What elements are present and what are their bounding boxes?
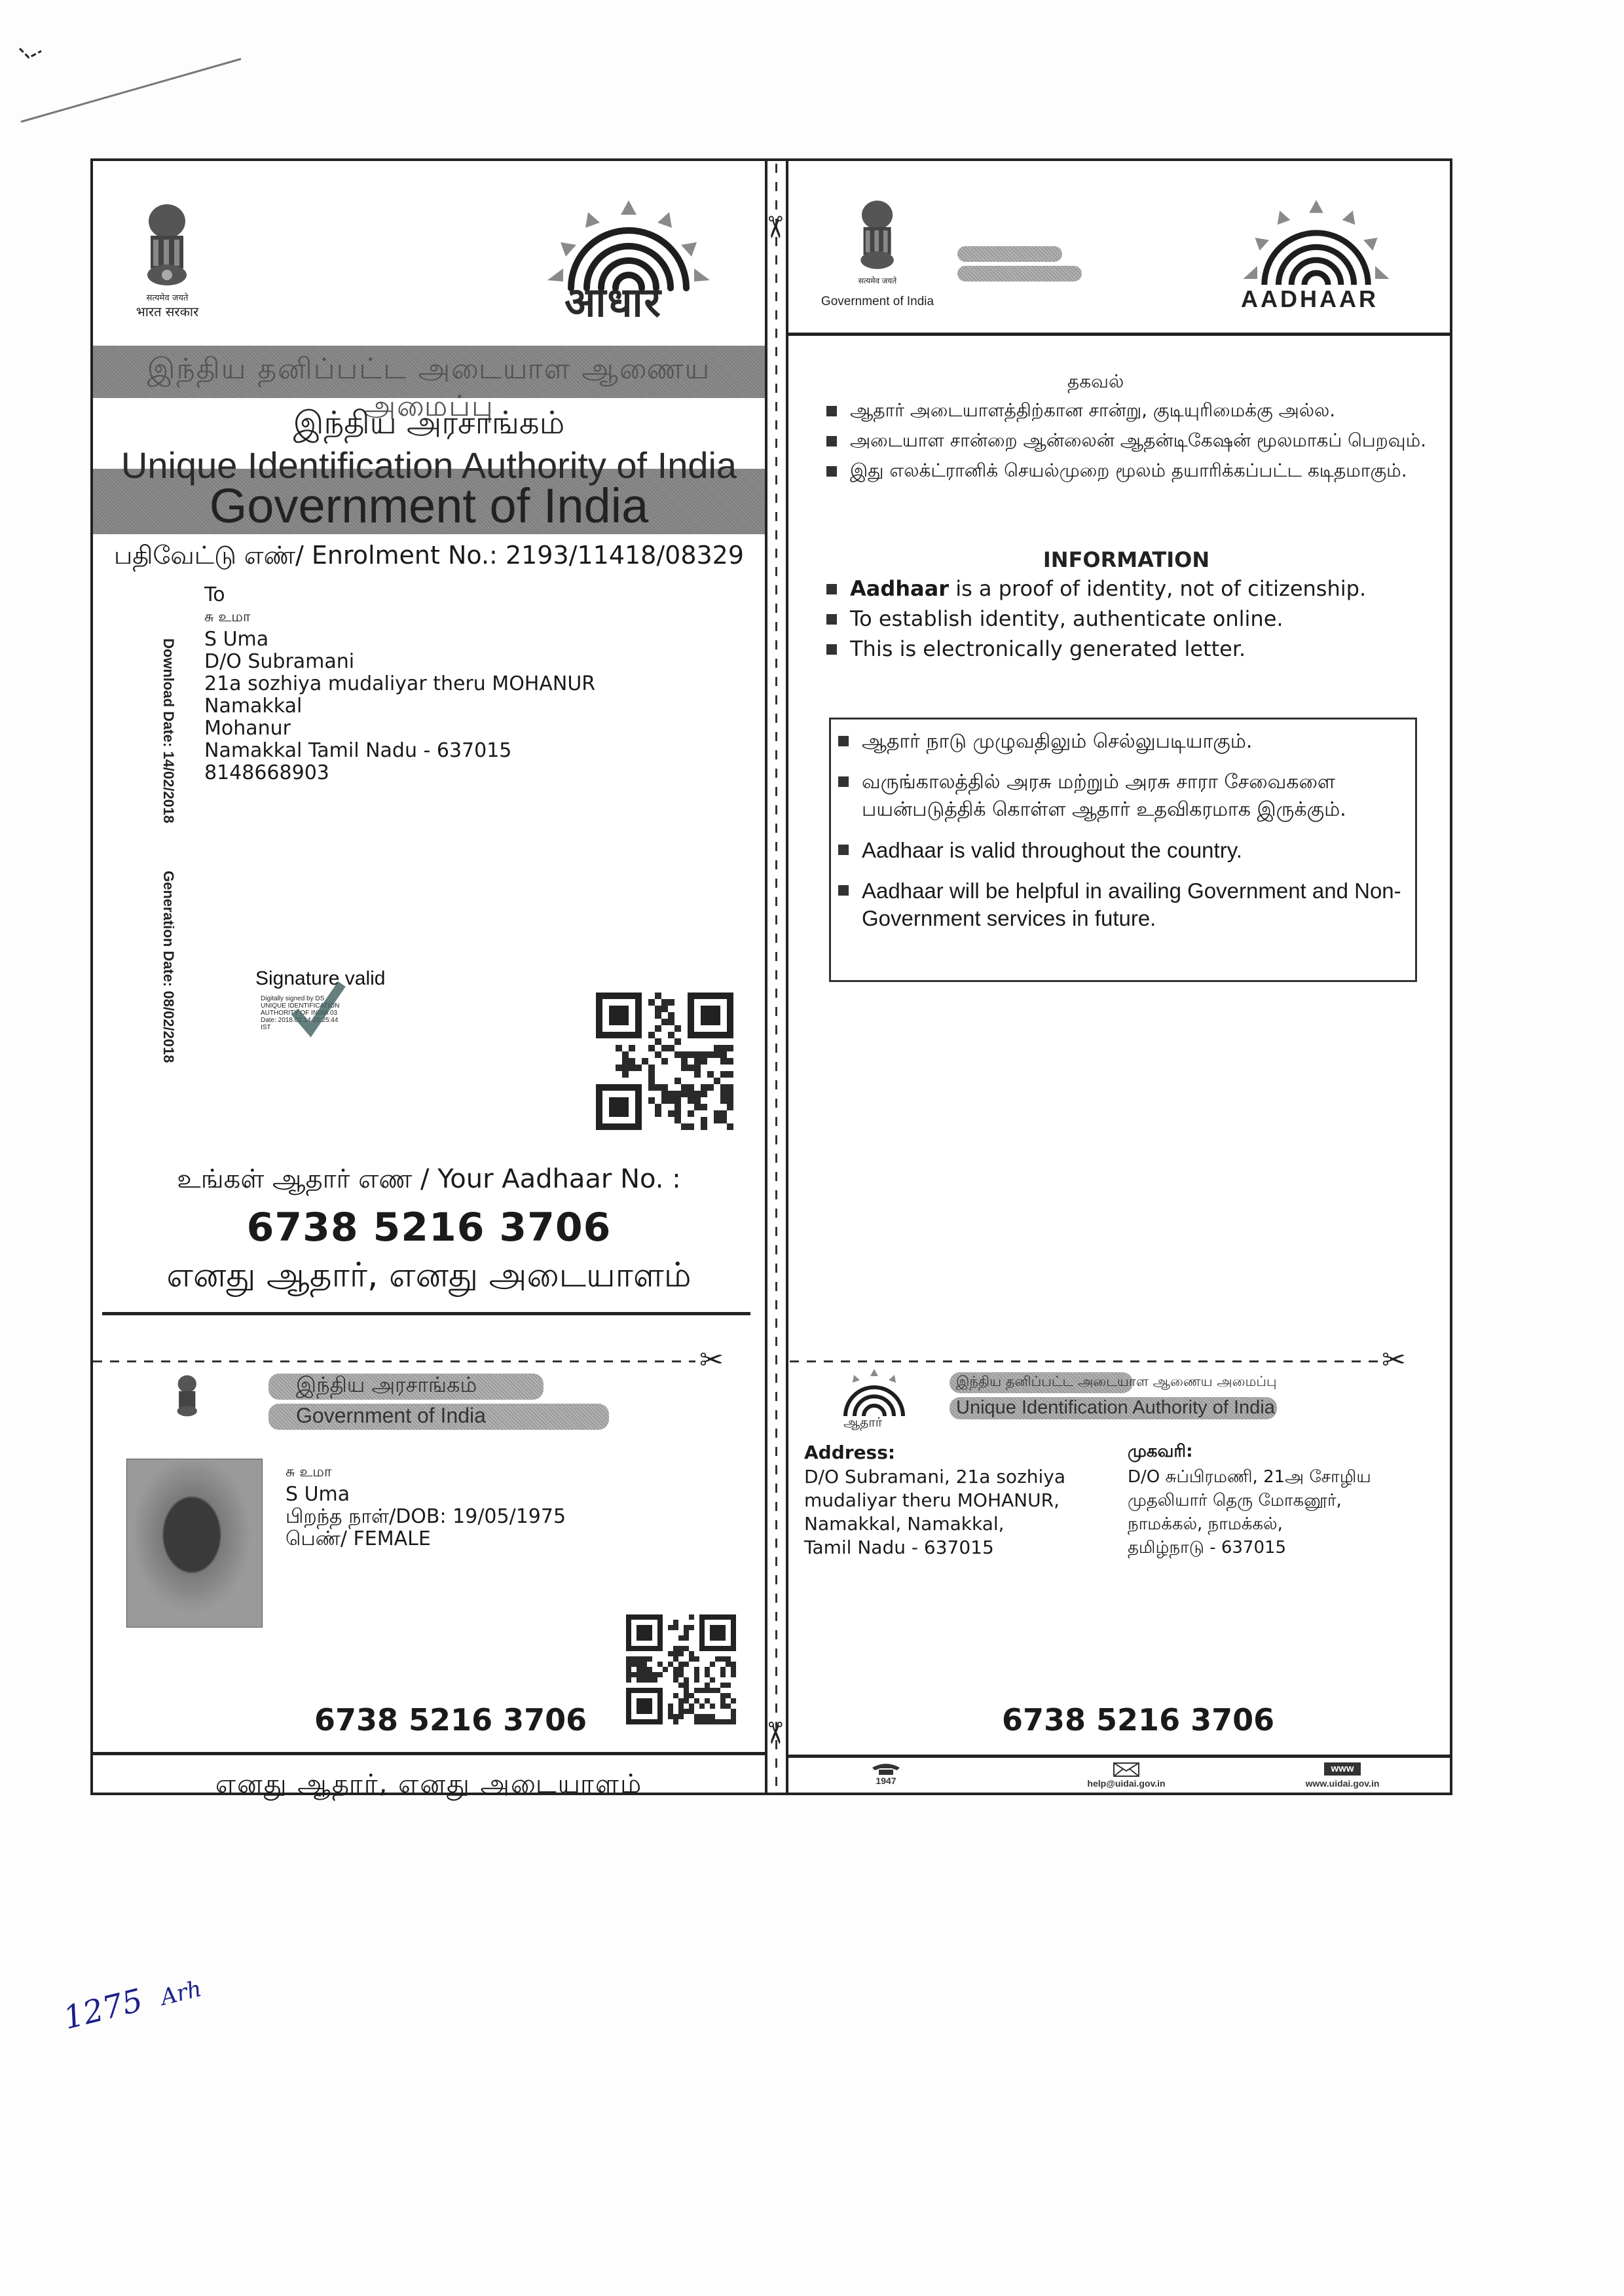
address-label-tamil: முகவரி: xyxy=(1128,1442,1193,1463)
panel-divider-right xyxy=(786,158,788,1795)
validity-list: ஆதார் நாடு முழுவதிலும் செல்லுபடியாகும். … xyxy=(838,728,1408,945)
emblem-caption: भारत सरकार xyxy=(123,302,212,320)
scissors-icon: ✂ xyxy=(757,1721,792,1746)
handwritten-note: 1275 Arh xyxy=(60,1967,204,2037)
cut-line-horizontal-right xyxy=(790,1360,1379,1362)
signature-check-icon xyxy=(288,979,347,1038)
cardholder-gender: பெண்/ FEMALE xyxy=(286,1528,566,1550)
cardholder-name-tamil: சு உமா xyxy=(286,1461,566,1484)
qr-code-letter xyxy=(596,993,733,1130)
tamil-info-list: ஆதார் அடையாளத்திற்கான சான்று, குடியுரிமை… xyxy=(826,398,1442,488)
list-item: Aadhaar will be helpful in availing Gove… xyxy=(838,877,1408,932)
your-aadhaar-label: உங்கள் ஆதார் எண / Your Aadhaar No. : xyxy=(93,1164,765,1197)
handwritten-number: 1275 xyxy=(60,1982,146,2037)
phone-icon xyxy=(871,1762,901,1776)
address-line: Mohanur xyxy=(204,718,595,740)
aadhaar-logo-icon xyxy=(828,1367,920,1416)
list-item: வருங்காலத்தில் அரசு மற்றும் அரசு சாரா சே… xyxy=(838,769,1408,824)
card-rule xyxy=(93,1752,765,1755)
redaction-smudge xyxy=(957,266,1082,282)
emblem-motto: सत्यमेव जयते xyxy=(819,275,936,286)
national-emblem-icon xyxy=(136,202,198,293)
enrolment-label: பதிவேட்டு எண்/ Enrolment No.: xyxy=(114,541,498,570)
download-date: Download Date: 14/02/2018 xyxy=(160,638,177,823)
recipient-relation: D/O Subramani xyxy=(204,651,595,673)
emblem-caption: Government of India xyxy=(819,295,936,309)
scissors-icon: ✂ xyxy=(699,1343,724,1377)
list-item: Aadhaar is valid throughout the country. xyxy=(838,837,1408,864)
qr-code-card xyxy=(626,1614,736,1724)
recipient-name: S Uma xyxy=(204,629,595,651)
national-emblem-icon xyxy=(851,198,904,276)
information-title: INFORMATION xyxy=(812,547,1441,572)
helpline-number: 1947 xyxy=(864,1776,908,1786)
list-item: இது எலக்ட்ரானிக் செயல்முறை மூலம் தயாரிக்… xyxy=(826,458,1442,483)
information-list: Aadhaar is a proof of identity, not of c… xyxy=(826,576,1442,666)
to-label: To xyxy=(204,584,595,606)
recipient-address: To சு உமா S Uma D/O Subramani 21a sozhiy… xyxy=(204,584,595,784)
card-back-header-english: Unique Identification Authority of India xyxy=(956,1397,1275,1419)
address-line: Namakkal xyxy=(204,695,595,718)
list-item: அடையாள சான்றை ஆன்லைன் ஆதன்டிகேஷன் மூலமாக… xyxy=(826,428,1442,453)
list-item: This is electronically generated letter. xyxy=(826,636,1442,661)
aadhaar-number-card-front: 6738 5216 3706 xyxy=(314,1702,587,1738)
enrolment-number: பதிவேட்டு எண்/ Enrolment No.: 2193/11418… xyxy=(93,541,765,574)
recipient-name-tamil: சு உமா xyxy=(204,606,595,629)
aadhaar-number-letter: 6738 5216 3706 xyxy=(93,1205,765,1250)
address-line: Namakkal Tamil Nadu - 637015 xyxy=(204,740,595,762)
national-emblem-icon xyxy=(172,1374,203,1421)
address-line: 21a sozhiya mudaliyar theru MOHANUR xyxy=(204,673,595,695)
enrolment-value: 2193/11418/08329 xyxy=(506,541,744,570)
list-item: To establish identity, authenticate onli… xyxy=(826,606,1442,631)
logo-caption: ஆதார் xyxy=(843,1414,882,1432)
email-icon xyxy=(1113,1762,1139,1777)
cut-line-horizontal-left xyxy=(93,1360,695,1362)
address-english: D/O Subramani, 21a sozhiya mudaliyar the… xyxy=(804,1465,1065,1559)
list-item: ஆதார் அடையாளத்திற்கான சான்று, குடியுரிமை… xyxy=(826,398,1442,423)
recipient-phone: 8148668903 xyxy=(204,762,595,784)
aadhaar-number-card-back: 6738 5216 3706 xyxy=(1002,1702,1274,1738)
cardholder-photo xyxy=(126,1459,263,1628)
card-slogan: எனது ஆதார், எனது அடையாளம் xyxy=(93,1769,765,1802)
redaction-smudge xyxy=(957,246,1062,262)
scan-mark-line xyxy=(18,39,254,131)
scissors-icon: ✂ xyxy=(757,215,792,240)
divider-rule xyxy=(102,1312,750,1315)
list-item: Aadhaar is a proof of identity, not of c… xyxy=(826,576,1442,601)
tamil-info-title: தகவல் xyxy=(1067,371,1124,395)
card-back-header-tamil: இந்திய தனிப்பட்ட அடையாள ஆணைய அமைப்பு xyxy=(956,1374,1277,1391)
address-tamil: D/O சுப்பிரமணி, 21அ சோழிய முதலியார் தெரு… xyxy=(1128,1465,1371,1559)
card-back-rule xyxy=(788,1755,1451,1758)
aadhaar-hindi-wordmark: आधार xyxy=(564,274,662,329)
list-item: ஆதார் நாடு முழுவதிலும் செல்லுபடியாகும். xyxy=(838,728,1408,756)
emblem-motto: सत्यमेव जयते xyxy=(123,291,212,303)
web-badge: www xyxy=(1324,1762,1361,1776)
tamil-government-heading: இந்திய அரசாங்கம் xyxy=(93,405,765,445)
handwritten-initials: Arh xyxy=(158,1976,204,2011)
panel-divider-left xyxy=(765,158,767,1795)
card-header-english: Government of India xyxy=(296,1404,486,1428)
cut-line-vertical xyxy=(775,164,777,1787)
cardholder-dob: பிறந்த நாள்/DOB: 19/05/1975 xyxy=(286,1506,566,1528)
website-link[interactable]: www.uidai.gov.in xyxy=(1283,1778,1401,1789)
card-header-tamil: இந்திய அரசாங்கம் xyxy=(296,1372,477,1400)
generation-date: Generation Date: 08/02/2018 xyxy=(160,871,177,1063)
aadhaar-wordmark: AADHAAR xyxy=(1241,285,1378,313)
cardholder-details: சு உமா S Uma பிறந்த நாள்/DOB: 19/05/1975… xyxy=(286,1461,566,1550)
address-label: Address: xyxy=(804,1442,895,1463)
aadhaar-slogan: எனது ஆதார், எனது அடையாளம் xyxy=(93,1256,765,1300)
cardholder-name: S Uma xyxy=(286,1484,566,1506)
help-email[interactable]: help@uidai.gov.in xyxy=(1048,1778,1205,1789)
scissors-icon: ✂ xyxy=(1382,1343,1406,1377)
header-rule xyxy=(788,333,1451,336)
aadhaar-logo-icon xyxy=(1225,196,1408,285)
government-of-india-heading: Government of India xyxy=(93,478,765,534)
